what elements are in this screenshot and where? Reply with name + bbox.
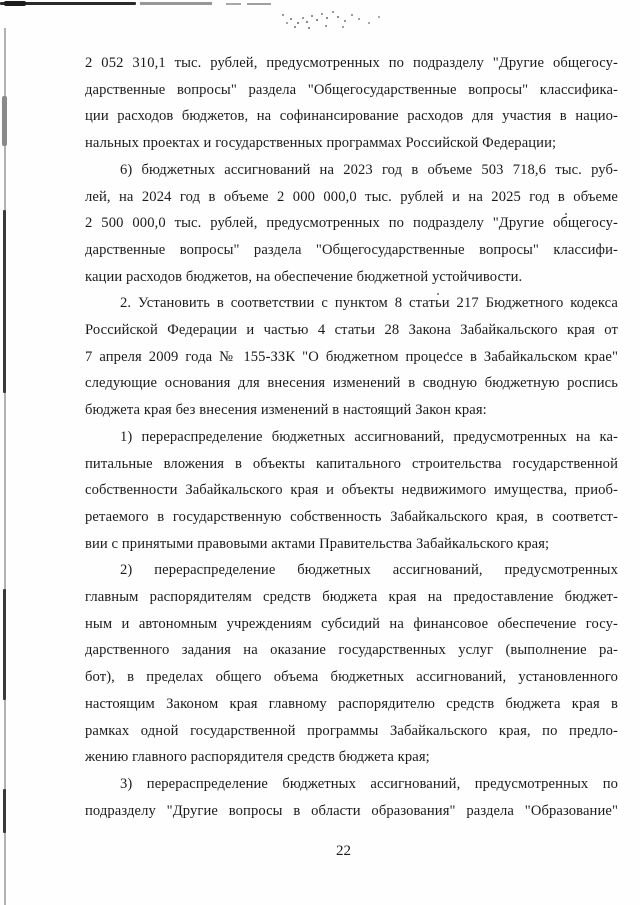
paragraph: 2. Установить в соответствии с пунктом 8… [85, 290, 618, 424]
scan-artifact-left-segment [2, 96, 7, 146]
text-line: нальных проектах и государственных прогр… [85, 130, 618, 157]
text-line: лей, на 2024 год в объеме 2 000 000,0 ты… [85, 184, 618, 211]
text-line: вии с принятыми правовыми актами Правите… [85, 531, 618, 558]
text-line: ции расходов бюджетов, на софинансирован… [85, 103, 618, 130]
text-line: собственности Забайкальского края и объе… [85, 477, 618, 504]
document-body: 2 052 310,1 тыс. рублей, предусмотренных… [85, 50, 618, 824]
scan-artifact-top-blob [4, 1, 26, 6]
text-line: следующие основания для внесения изменен… [85, 370, 618, 397]
page-number: 22 [336, 843, 351, 860]
text-line: 2) перераспределение бюджетных ассигнова… [85, 557, 618, 584]
text-line: Российской Федерации и частью 4 статьи 2… [85, 317, 618, 344]
text-line: подразделу "Другие вопросы в области обр… [85, 798, 618, 825]
text-line: бот), в пределах общего объема бюджетных… [85, 664, 618, 691]
text-line: главным распорядителям средств бюджета к… [85, 584, 618, 611]
scan-artifact-left-segment [3, 210, 6, 393]
paragraph: 3) перераспределение бюджетных ассигнова… [85, 771, 618, 824]
text-line: ретаемого в государственную собственност… [85, 504, 618, 531]
paragraph: 6) бюджетных ассигнований на 2023 год в … [85, 157, 618, 291]
text-line: 2 500 000,0 тыс. рублей, предусмотренных… [85, 210, 618, 237]
text-line: 2 052 310,1 тыс. рублей, предусмотренных… [85, 50, 618, 77]
text-line: бюджета края без внесения изменений в на… [85, 397, 618, 424]
text-line: рамках одной государственной программы З… [85, 718, 618, 745]
scan-artifact-left-segment [3, 789, 6, 833]
paragraph: 2 052 310,1 тыс. рублей, предусмотренных… [85, 50, 618, 157]
text-line: 7 апреля 2009 года № 155-ЗЗК "О бюджетно… [85, 344, 618, 371]
text-line: 6) бюджетных ассигнований на 2023 год в … [85, 157, 618, 184]
text-line: 2. Установить в соответствии с пунктом 8… [85, 290, 618, 317]
text-line: дарственные вопросы" раздела "Общегосуда… [85, 77, 618, 104]
scan-artifact-top-line-dark [0, 2, 136, 5]
text-line: 1) перераспределение бюджетных ассигнова… [85, 424, 618, 451]
text-line: дарственного задания на оказание государ… [85, 637, 618, 664]
scan-artifact-top-line-gray [140, 2, 212, 5]
scan-artifact-left-segment [3, 589, 6, 700]
paragraph: 2) перераспределение бюджетных ассигнова… [85, 557, 618, 771]
text-line: настоящим Законом края главному распоряд… [85, 691, 618, 718]
paragraph: 1) перераспределение бюджетных ассигнова… [85, 424, 618, 558]
text-line: ным и автономным учреждениям субсидий на… [85, 611, 618, 638]
scan-artifact-top-dash [226, 3, 241, 5]
text-line: питальные вложения в объекты капитальног… [85, 451, 618, 478]
document-page: 2 052 310,1 тыс. рублей, предусмотренных… [0, 0, 640, 905]
text-line: дарственные вопросы" раздела "Общегосуда… [85, 237, 618, 264]
scan-artifact-smudge [278, 8, 280, 10]
text-line: кации расходов бюджетов, на обеспечение … [85, 264, 618, 291]
text-line: жению главного распорядителя средств бюд… [85, 744, 618, 771]
scan-artifact-left-line [4, 28, 6, 905]
text-line: 3) перераспределение бюджетных ассигнова… [85, 771, 618, 798]
scan-artifact-top-dash [247, 3, 271, 5]
